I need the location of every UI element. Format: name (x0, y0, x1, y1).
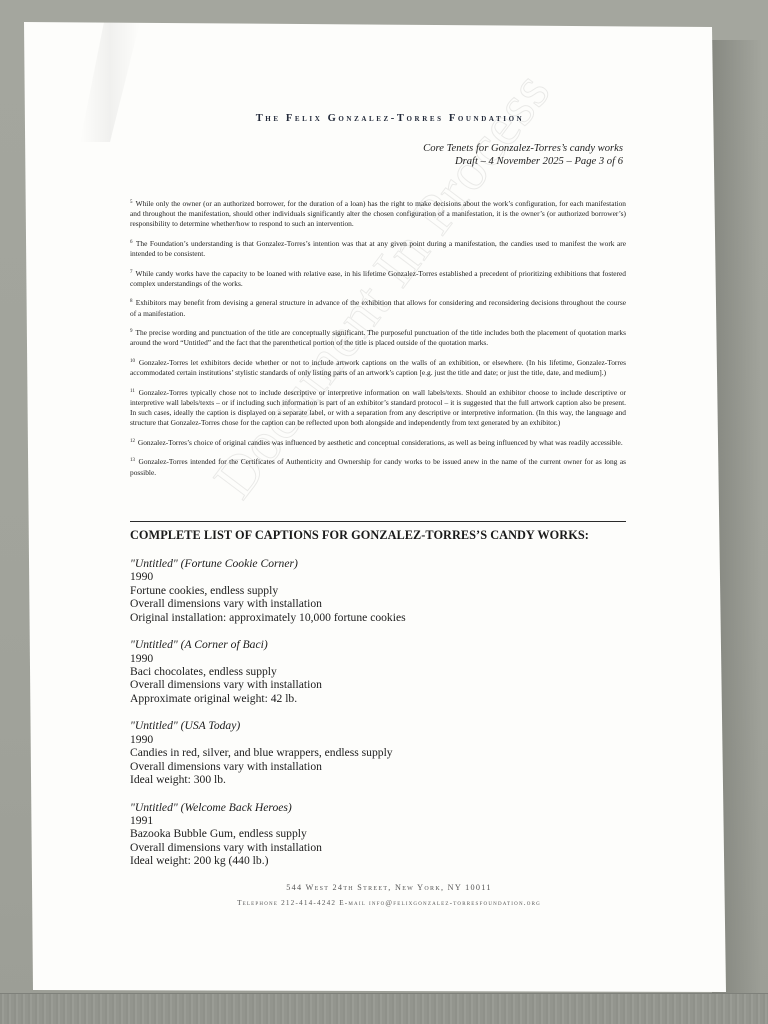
footnote: 7 While candy works have the capacity to… (130, 268, 626, 289)
footnotes: 5 While only the owner (or an authorized… (130, 198, 626, 486)
caption-entry: "Untitled" (USA Today) 1990 Candies in r… (130, 719, 530, 786)
captions-heading: COMPLETE LIST OF CAPTIONS FOR GONZALEZ-T… (130, 528, 589, 543)
letterhead: The Felix Gonzalez-Torres Foundation (0, 113, 768, 124)
footnote-number: 7 (130, 270, 133, 275)
caption-entry: "Untitled" (Fortune Cookie Corner) 1990 … (130, 557, 530, 624)
footnote: 5 While only the owner (or an authorized… (130, 198, 626, 229)
footnote-text: The precise wording and punctuation of t… (130, 328, 626, 347)
section-divider (130, 521, 626, 522)
footnote-text: The Foundation’s understanding is that G… (130, 239, 626, 258)
footnote-number: 13 (130, 458, 135, 463)
footnote-text: Gonzalez-Torres’s choice of original can… (138, 438, 623, 447)
artwork-dimensions: Overall dimensions vary with installatio… (130, 597, 530, 610)
artwork-title: "Untitled" (A Corner of Baci) (130, 638, 530, 651)
footnote-number: 12 (130, 439, 135, 444)
document-meta: Core Tenets for Gonzalez-Torres’s candy … (423, 142, 623, 168)
artwork-dimensions: Overall dimensions vary with installatio… (130, 760, 530, 773)
footnote-number: 11 (130, 389, 135, 394)
artwork-note: Approximate original weight: 42 lb. (130, 692, 530, 705)
artwork-note: Original installation: approximately 10,… (130, 611, 530, 624)
artwork-title: "Untitled" (USA Today) (130, 719, 530, 732)
footnote-text: Exhibitors may benefit from devising a g… (130, 298, 626, 317)
caption-entry: "Untitled" (A Corner of Baci) 1990 Baci … (130, 638, 530, 705)
footnote-number: 6 (130, 240, 133, 245)
footnote-number: 5 (130, 200, 133, 205)
footnote: 13 Gonzalez-Torres intended for the Cert… (130, 456, 626, 477)
artwork-medium: Baci chocolates, endless supply (130, 665, 530, 678)
footnote: 12 Gonzalez-Torres’s choice of original … (130, 437, 626, 448)
caption-list: "Untitled" (Fortune Cookie Corner) 1990 … (130, 557, 530, 882)
artwork-title: "Untitled" (Fortune Cookie Corner) (130, 557, 530, 570)
footnote-number: 9 (130, 329, 133, 334)
artwork-year: 1990 (130, 652, 530, 665)
artwork-medium: Bazooka Bubble Gum, endless supply (130, 827, 530, 840)
artwork-note: Ideal weight: 200 kg (440 lb.) (130, 854, 530, 867)
artwork-year: 1990 (130, 570, 530, 583)
footnote: 8 Exhibitors may benefit from devising a… (130, 297, 626, 318)
footnote: 11 Gonzalez-Torres typically chose not t… (130, 387, 626, 428)
artwork-dimensions: Overall dimensions vary with installatio… (130, 678, 530, 691)
footer-address: 544 West 24th Street, New York, NY 10011 (0, 883, 768, 892)
draft-date-page: Draft – 4 November 2025 – Page 3 of 6 (423, 155, 623, 168)
footnote-text: Gonzalez-Torres typically chose not to i… (130, 388, 626, 427)
artwork-note: Ideal weight: 300 lb. (130, 773, 530, 786)
artwork-dimensions: Overall dimensions vary with installatio… (130, 841, 530, 854)
footer-contact: Telephone 212-414-4242 E-mail info@felix… (0, 899, 768, 907)
footnote-text: Gonzalez-Torres intended for the Certifi… (130, 457, 626, 476)
artwork-medium: Candies in red, silver, and blue wrapper… (130, 746, 530, 759)
document-title: Core Tenets for Gonzalez-Torres’s candy … (423, 142, 623, 155)
footnote-text: While only the owner (or an authorized b… (130, 199, 626, 228)
footnote-text: While candy works have the capacity to b… (130, 269, 626, 288)
artwork-medium: Fortune cookies, endless supply (130, 584, 530, 597)
footnote-number: 8 (130, 299, 133, 304)
footnote: 6 The Foundation’s understanding is that… (130, 238, 626, 259)
footnote: 10 Gonzalez-Torres let exhibitors decide… (130, 357, 626, 378)
footnote: 9 The precise wording and punctuation of… (130, 327, 626, 348)
footnote-number: 10 (130, 359, 135, 364)
caption-entry: "Untitled" (Welcome Back Heroes) 1991 Ba… (130, 801, 530, 868)
artwork-title: "Untitled" (Welcome Back Heroes) (130, 801, 530, 814)
footnote-text: Gonzalez-Torres let exhibitors decide wh… (130, 358, 626, 377)
artwork-year: 1991 (130, 814, 530, 827)
artwork-year: 1990 (130, 733, 530, 746)
document-page: The Felix Gonzalez-Torres Foundation Cor… (0, 0, 768, 1024)
